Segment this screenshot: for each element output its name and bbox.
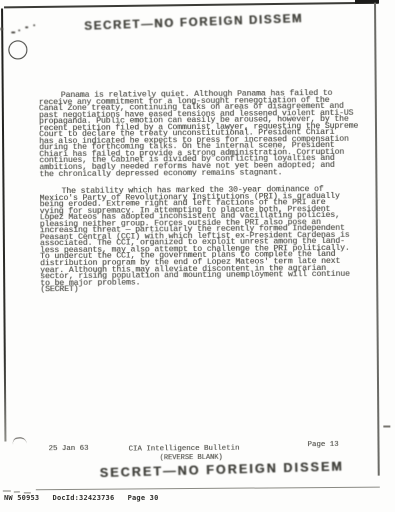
ink-speck (18, 29, 20, 31)
archive-reference: NW 50953 DocId:32423736 Page 30 (4, 494, 159, 502)
scan-edge-right (374, 3, 379, 476)
reverse-blank-note: (REVERSE BLANK) (160, 454, 223, 462)
scanned-page: SECRET—NO FOREIGN DISSEM Panama is relat… (0, 0, 395, 512)
scan-edge-bottom (36, 487, 380, 491)
ink-speck (11, 31, 15, 33)
footer-page-number: Page 13 (307, 441, 338, 449)
scan-edge-top (4, 1, 378, 7)
ink-speck (25, 26, 28, 28)
scan-edge-left (1, 9, 6, 442)
hole-punch-mark (8, 40, 27, 59)
pen-mark (12, 437, 27, 445)
classification-stamp-bottom: SECRET—NO FOREIGN DISSEM (100, 460, 344, 481)
ink-speck (0, 28, 3, 31)
page-content: SECRET—NO FOREIGN DISSEM Panama is relat… (0, 0, 395, 512)
classification-stamp-top: SECRET—NO FOREIGN DISSEM (84, 13, 303, 33)
paragraph-panama: Panama is relatively quiet. Although Pan… (39, 91, 372, 179)
scan-dash (14, 491, 20, 493)
footer-date: 25 Jan 63 (48, 445, 88, 453)
scan-dash (3, 490, 11, 492)
ink-speck (33, 24, 35, 26)
footer-publication-title: CIA Intelligence Bulletin (128, 445, 239, 454)
paragraph-mexico: The stability which has marked the 30-ye… (39, 187, 372, 294)
scan-dash (383, 425, 390, 427)
